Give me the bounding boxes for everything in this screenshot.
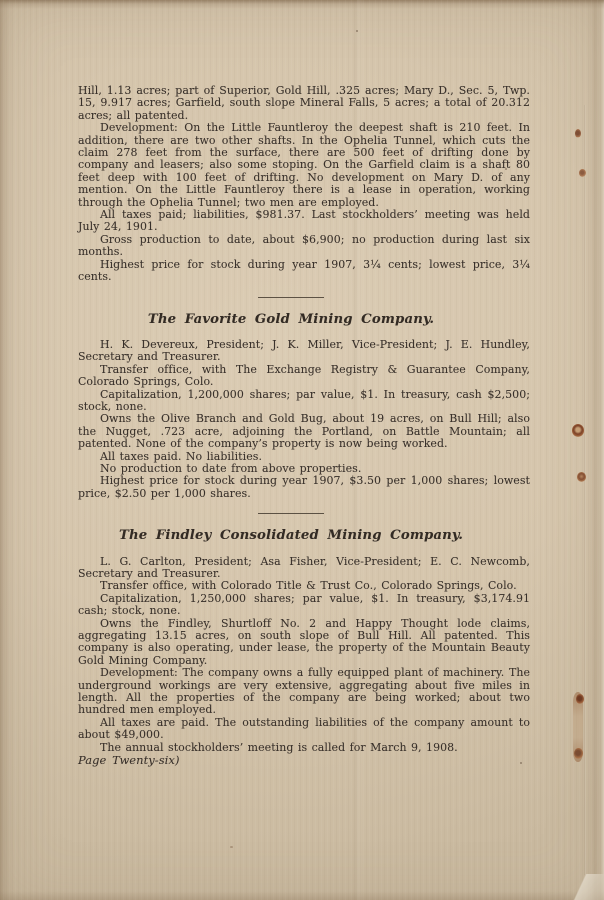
paragraph: Owns the Olive Branch and Gold Bug, abou…: [78, 413, 530, 450]
section-divider: [258, 513, 324, 514]
page-text-block: Hill, 1.13 acres; part of Superior, Gold…: [78, 85, 530, 767]
paragraph: H. K. Devereux, President; J. K. Miller,…: [78, 339, 530, 364]
rust-stain: [572, 424, 584, 437]
rust-stain: [574, 748, 583, 759]
paragraph: All taxes paid; liabilities, $981.37. La…: [78, 209, 530, 234]
paper-speck: [230, 846, 233, 848]
paragraph: Highest price for stock during year 1907…: [78, 475, 530, 500]
paragraph: Transfer office, with Colorado Title & T…: [78, 580, 530, 592]
paragraph: Transfer office, with The Exchange Regis…: [78, 364, 530, 389]
section-divider: [258, 297, 324, 298]
section-findley-consolidated-mining: The Findley Consolidated Mining Company.…: [78, 530, 530, 754]
paragraph: Development: The company owns a fully eq…: [78, 667, 530, 717]
paragraph: L. G. Carlton, President; Asa Fisher, Vi…: [78, 556, 530, 581]
paragraph: Gross production to date, about $6,900; …: [78, 234, 530, 259]
rust-stain: [575, 129, 581, 138]
page-number-label: Page Twenty-six): [78, 754, 530, 766]
paragraph: All taxes are paid. The outstanding liab…: [78, 717, 530, 742]
rust-stain: [579, 169, 586, 177]
rust-stain: [577, 472, 586, 482]
paragraph: Capitalization, 1,200,000 shares; par va…: [78, 389, 530, 414]
section-heading: The Findley Consolidated Mining Company.: [65, 530, 517, 542]
rust-stain: [576, 694, 584, 704]
paragraph: Owns the Findley, Shurtloff No. 2 and Ha…: [78, 618, 530, 668]
page-corner-edge: [548, 874, 604, 900]
section-heading: The Favorite Gold Mining Company.: [65, 314, 517, 326]
section-continuation: Hill, 1.13 acres; part of Superior, Gold…: [78, 85, 530, 284]
paragraph: Highest price for stock during year 1907…: [78, 259, 530, 284]
paragraph: Hill, 1.13 acres; part of Superior, Gold…: [78, 85, 530, 122]
paper-crease-line: [584, 105, 586, 875]
paragraph: Development: On the Little Fauntleroy th…: [78, 122, 530, 209]
paragraph: Capitalization, 1,250,000 shares; par va…: [78, 593, 530, 618]
paper-speck: [356, 30, 358, 32]
scanned-book-page: Hill, 1.13 acres; part of Superior, Gold…: [0, 0, 604, 900]
rust-smudge: [573, 692, 583, 762]
section-favorite-gold-mining: The Favorite Gold Mining Company. H. K. …: [78, 314, 530, 501]
